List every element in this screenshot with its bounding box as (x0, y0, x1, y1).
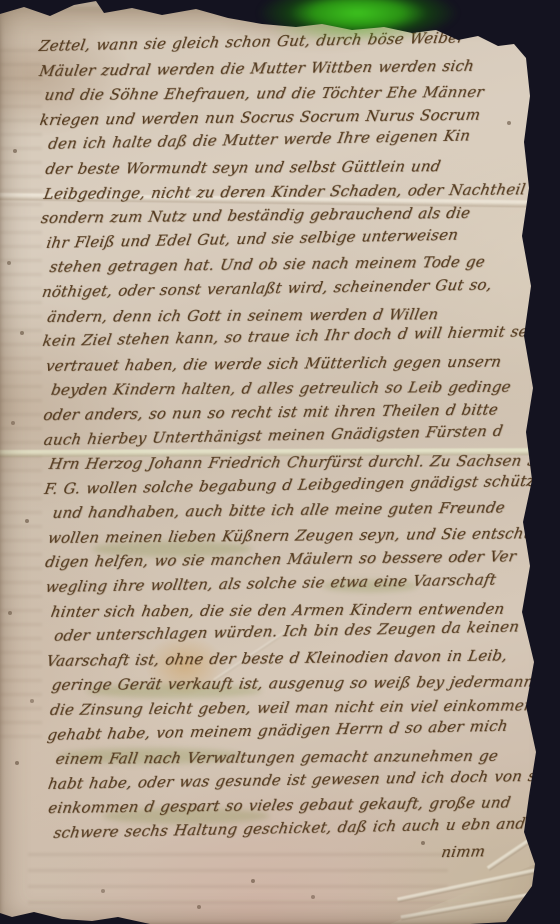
paper-edge-shading (0, 0, 560, 924)
foxing-specks (0, 0, 2, 2)
manuscript-paper-sheet: Zettel, wann sie gleich schon Gut, durch… (0, 0, 560, 924)
scan-background: Zettel, wann sie gleich schon Gut, durch… (0, 0, 560, 924)
